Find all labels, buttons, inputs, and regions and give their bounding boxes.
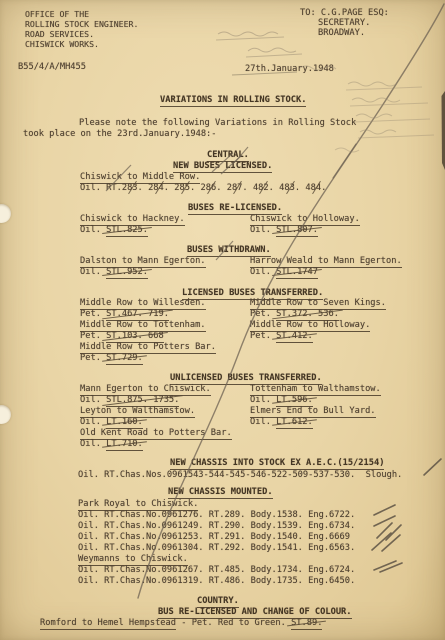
chassis-line: Oil. RT.Chas.No.0961249. RT.290. Body.15… <box>78 521 355 531</box>
route-name: Weymanns to Chiswick. <box>78 554 188 566</box>
tick-mark <box>374 516 395 526</box>
punch-hole <box>0 405 11 424</box>
route-name: Mann Egerton to Chiswick. <box>80 384 211 396</box>
section-heading-new-chassis-stock: NEW CHASSIS INTO STOCK EX A.E.C.(15/2154… <box>170 458 384 470</box>
route-name: Middle Row to Tottenham. <box>80 320 206 332</box>
fleet-number: 285. <box>174 183 195 193</box>
route-name: Tottenham to Walthamstow. <box>250 384 381 396</box>
route-name: Middle Row to Holloway. <box>250 320 370 332</box>
section-heading-new-chassis-mounted: NEW CHASSIS MOUNTED. <box>168 487 273 499</box>
route-name: Chiswick to Middle Row. <box>80 172 200 184</box>
fuel-prefix: Oil. RT. <box>80 183 122 193</box>
pencil-underline <box>350 103 428 106</box>
fleet-number: STL.825. <box>106 225 148 237</box>
sender-line: OFFICE OF THE <box>25 9 89 19</box>
region-heading-country: COUNTRY. <box>197 596 239 608</box>
punch-hole <box>0 204 11 223</box>
fleet-number-line: Oil. STL.952. <box>80 267 148 279</box>
intro-line: took place on the 23rd.January.1948:- <box>23 129 217 139</box>
pencil-underline <box>354 119 430 122</box>
fleet-number-line: Oil. STL.825. <box>80 225 148 237</box>
fleet-number: ST.103. 668 <box>106 331 164 343</box>
fleet-number: ST.729. <box>106 353 143 365</box>
pencil-stroke <box>333 144 356 178</box>
fleet-number: ST.372. 536. <box>276 309 339 321</box>
sender-line: ROLLING STOCK ENGINEER. <box>25 19 138 29</box>
chassis-line: Oil. RT.Chas.No.0961319. RT.486. Body.17… <box>78 576 355 586</box>
tick-mark <box>380 563 402 572</box>
fleet-number: 283. <box>122 183 143 193</box>
tick-mark <box>382 535 400 551</box>
section-heading-buses-relicensed: BUSES RE-LICENSED. <box>188 203 282 215</box>
chassis-line: Oil. RT.Chas.No.0961267. RT.485. Body.17… <box>78 565 355 575</box>
fleet-number-line: Oil. STL.875. 1735. <box>80 395 179 407</box>
fleet-number-line: Oil. LT.596. <box>250 395 313 407</box>
pencil-underline <box>346 87 422 90</box>
fleet-number: STL.1747 <box>276 267 318 279</box>
tick-mark <box>424 459 441 475</box>
reference-number: B55/4/A/MH455 <box>18 62 86 72</box>
fleet-number: ST.89. <box>291 618 322 630</box>
recipient-line: BROADWAY. <box>318 28 365 38</box>
section-heading-unlicensed-transferred: UNLICENSED BUSES TRANSFERRED. <box>170 373 322 385</box>
recipient-line: TO: C.G.PAGE ESQ: <box>300 8 389 18</box>
section-heading-colour-change: BUS RE-LICENSED AND CHANGE OF COLOUR. <box>158 607 352 619</box>
chassis-line: Oil. RT.Chas.No.0961304. RT.292. Body.15… <box>78 543 355 553</box>
tick-mark <box>372 533 391 550</box>
fleet-number-line: Oil. RT.283.284.285.286.287.482.483.484. <box>80 183 332 193</box>
route-name: Park Royal to Chiswick. <box>78 499 198 511</box>
route-name: Chiswick to Holloway. <box>250 214 360 226</box>
route-name: Middle Row to Willesden. <box>80 298 206 310</box>
document-title: VARIATIONS IN ROLLING STOCK. <box>160 95 306 107</box>
fleet-number: 287. <box>227 183 248 193</box>
fleet-number: LT.710. <box>106 439 143 451</box>
fleet-number: 286. <box>201 183 222 193</box>
fleet-number: ST.412. <box>276 331 313 343</box>
pencil-scribble <box>248 48 296 52</box>
chassis-line: Oil. RT.Chas.No.0961253. RT.291. Body.15… <box>78 532 350 542</box>
fleet-number-line: Oil. LT.710. <box>80 439 143 451</box>
sender-line: CHISWICK WORKS. <box>25 39 99 49</box>
pencil-scribble <box>218 32 278 36</box>
fleet-number: 482. <box>253 183 274 193</box>
route-name: Old Kent Road to Potters Bar. <box>80 428 232 440</box>
pencil-scribble <box>360 130 396 134</box>
sender-line: ROAD SERVICES. <box>25 29 94 39</box>
fleet-number: LT.596. <box>276 395 313 407</box>
fuel-prefix: Oil. <box>80 395 106 405</box>
fleet-number: LT.612. <box>276 417 313 429</box>
letter-date: 27th.January.1948 <box>245 64 334 74</box>
scan-edge-mark <box>442 91 445 170</box>
route-name: Elmers End to Bull Yard. <box>250 406 376 418</box>
fleet-number-line: Oil. LT.612. <box>250 417 313 429</box>
chassis-line: Oil. RT.Chas.No.0961276. RT.289. Body.15… <box>78 510 355 520</box>
route-name: Middle Row to Seven Kings. <box>250 298 386 310</box>
pencil-scribble <box>352 98 400 102</box>
route-name: Chiswick to Hackney. <box>80 214 185 226</box>
fleet-number-line: Pet. ST.729. <box>80 353 143 365</box>
section-heading-buses-withdrawn: BUSES WITHDRAWN. <box>187 245 271 257</box>
tick-mark <box>374 505 395 515</box>
pencil-underline <box>216 37 284 40</box>
fleet-number-line: Oil. STL.807. <box>250 225 318 237</box>
tick-mark <box>374 561 396 570</box>
fleet-number: STL.952. <box>106 267 148 279</box>
fleet-number: STL.807. <box>276 225 318 237</box>
route-name: Leyton to Walthamstow. <box>80 406 195 418</box>
fleet-number-line: Pet. ST.412. <box>250 331 313 343</box>
scanned-letter-page: OFFICE OF THE ROLLING STOCK ENGINEER. RO… <box>0 0 445 640</box>
fleet-number-line: Oil. STL.1747 <box>250 267 318 279</box>
chassis-line: Oil. RT.Chas.Nos.0961543-544-545-546-522… <box>78 470 402 480</box>
region-heading-central: CENTRAL. <box>207 150 249 162</box>
intro-line: Please note the following Variations in … <box>79 118 356 128</box>
section-heading-new-buses-licensed: NEW BUSES LICENSED. <box>173 161 272 173</box>
pencil-underline <box>358 135 434 138</box>
route-name: Middle Row to Potters Bar. <box>80 342 216 354</box>
fleet-number: LT.160. <box>106 417 143 429</box>
colour-change-note: - Pet. Red to Green. <box>176 618 291 628</box>
fleet-number: 284. <box>148 183 169 193</box>
pencil-scribble <box>335 148 359 152</box>
route-name: Romford to Hemel Hempstead <box>40 618 176 630</box>
fleet-number-line: Pet. ST.467. 719. <box>80 309 169 321</box>
fleet-number: ST.467. 719. <box>106 309 169 321</box>
route-name: Dalston to Mann Egerton. <box>80 256 206 268</box>
pencil-scribble <box>356 114 392 118</box>
fleet-number-line: Oil. LT.160. <box>80 417 143 429</box>
recipient-line: SECRETARY. <box>318 18 370 28</box>
route-name: Harrow Weald to Mann Egerton. <box>250 256 402 268</box>
fleet-number: STL.875. 1735. <box>106 395 179 407</box>
tick-mark <box>386 525 401 540</box>
fleet-number-line: Pet. ST.103. 668 <box>80 331 164 343</box>
fleet-number-line: Pet. ST.372. 536. <box>250 309 339 321</box>
country-route-line: Romford to Hemel Hempstead - Pet. Red to… <box>40 618 322 630</box>
fleet-number: 484. <box>305 183 326 193</box>
tick-mark <box>377 523 392 538</box>
pencil-underline <box>246 54 302 57</box>
fleet-number: 483. <box>279 183 300 193</box>
pencil-scribble <box>348 82 396 86</box>
